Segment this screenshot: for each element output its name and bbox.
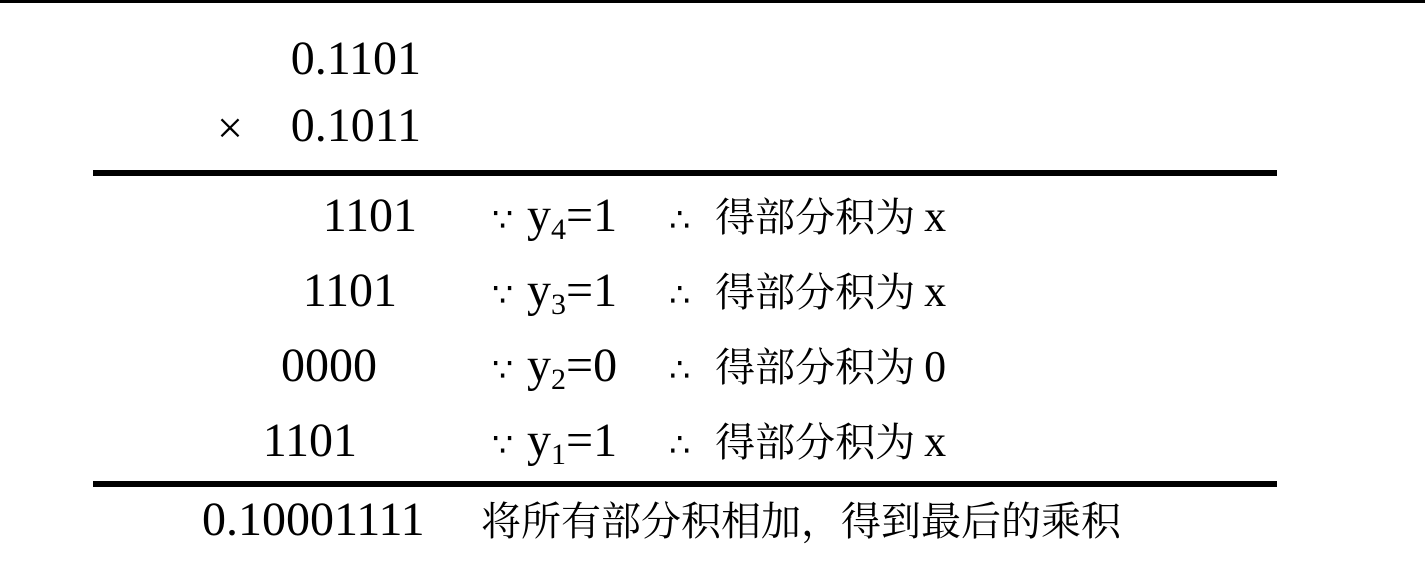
equals-sign: = — [566, 414, 593, 467]
partial-product-bits: 1101 — [263, 415, 357, 467]
y-value: 1 — [593, 264, 617, 317]
y-value: 0 — [593, 339, 617, 392]
partial-product-bits: 1101 — [303, 265, 397, 317]
horizontal-rule-bottom — [93, 481, 1277, 487]
equals-sign: = — [566, 264, 593, 317]
partial-product-annotation: ∵ y2=0 ∴ 得部分积为 0 — [492, 340, 946, 396]
y-value: 1 — [593, 414, 617, 467]
y-subscript: 2 — [551, 363, 566, 396]
y-condition: y2=0 — [527, 340, 617, 392]
therefore-icon: ∴ — [669, 194, 690, 246]
partial-product-annotation: ∵ y3=1 ∴ 得部分积为 x — [492, 265, 946, 321]
partial-product-annotation: ∵ y1=1 ∴ 得部分积为 x — [492, 415, 946, 471]
page-top-border — [0, 0, 1425, 3]
horizontal-rule-top — [93, 170, 1277, 176]
because-icon: ∵ — [492, 419, 513, 471]
multiplicand-row: 0.1101 — [0, 33, 1425, 89]
therefore-icon: ∴ — [669, 344, 690, 396]
partial-product-bits: 1101 — [323, 190, 417, 242]
partial-note: 得部分积为 — [715, 417, 915, 469]
partial-product-symbol: x — [924, 416, 946, 468]
y-subscript: 1 — [551, 438, 566, 471]
equals-sign: = — [566, 339, 593, 392]
partial-product-bits: 0000 — [281, 340, 377, 392]
result-row: 0.10001111 将所有部分积相加，得到最后的乘积 — [0, 494, 1425, 550]
multiply-icon: × — [217, 102, 243, 154]
y-var: y — [527, 339, 551, 392]
because-icon: ∵ — [492, 344, 513, 396]
y-subscript: 4 — [551, 213, 566, 246]
y-condition: y1=1 — [527, 415, 617, 467]
y-condition: y3=1 — [527, 265, 617, 317]
equals-sign: = — [566, 189, 593, 242]
y-subscript: 3 — [551, 288, 566, 321]
partial-note: 得部分积为 — [715, 342, 915, 394]
partial-product-symbol: 0 — [924, 341, 946, 393]
multiplier-value: 0.1011 — [291, 100, 421, 152]
final-product-value: 0.10001111 — [202, 494, 425, 546]
partial-product-annotation: ∵ y4=1 ∴ 得部分积为 x — [492, 190, 946, 246]
partial-product-row: 1101 ∵ y4=1 ∴ 得部分积为 x — [0, 190, 1425, 246]
partial-product-row: 0000 ∵ y2=0 ∴ 得部分积为 0 — [0, 340, 1425, 396]
partial-product-symbol: x — [924, 191, 946, 243]
y-var: y — [527, 189, 551, 242]
multiplier-row: × 0.1011 — [0, 100, 1425, 156]
binary-multiplication-worksheet: 0.1101 × 0.1011 1101 ∵ y4=1 ∴ 得部分积为 x 11… — [0, 0, 1425, 575]
y-var: y — [527, 414, 551, 467]
because-icon: ∵ — [492, 194, 513, 246]
y-condition: y4=1 — [527, 190, 617, 242]
because-icon: ∵ — [492, 269, 513, 321]
therefore-icon: ∴ — [669, 419, 690, 471]
partial-product-symbol: x — [924, 266, 946, 318]
therefore-icon: ∴ — [669, 269, 690, 321]
partial-product-row: 1101 ∵ y1=1 ∴ 得部分积为 x — [0, 415, 1425, 471]
partial-note: 得部分积为 — [715, 192, 915, 244]
y-var: y — [527, 264, 551, 317]
final-product-note: 将所有部分积相加，得到最后的乘积 — [481, 496, 1121, 548]
multiplicand-value: 0.1101 — [291, 33, 421, 85]
y-value: 1 — [593, 189, 617, 242]
partial-note: 得部分积为 — [715, 267, 915, 319]
partial-product-row: 1101 ∵ y3=1 ∴ 得部分积为 x — [0, 265, 1425, 321]
